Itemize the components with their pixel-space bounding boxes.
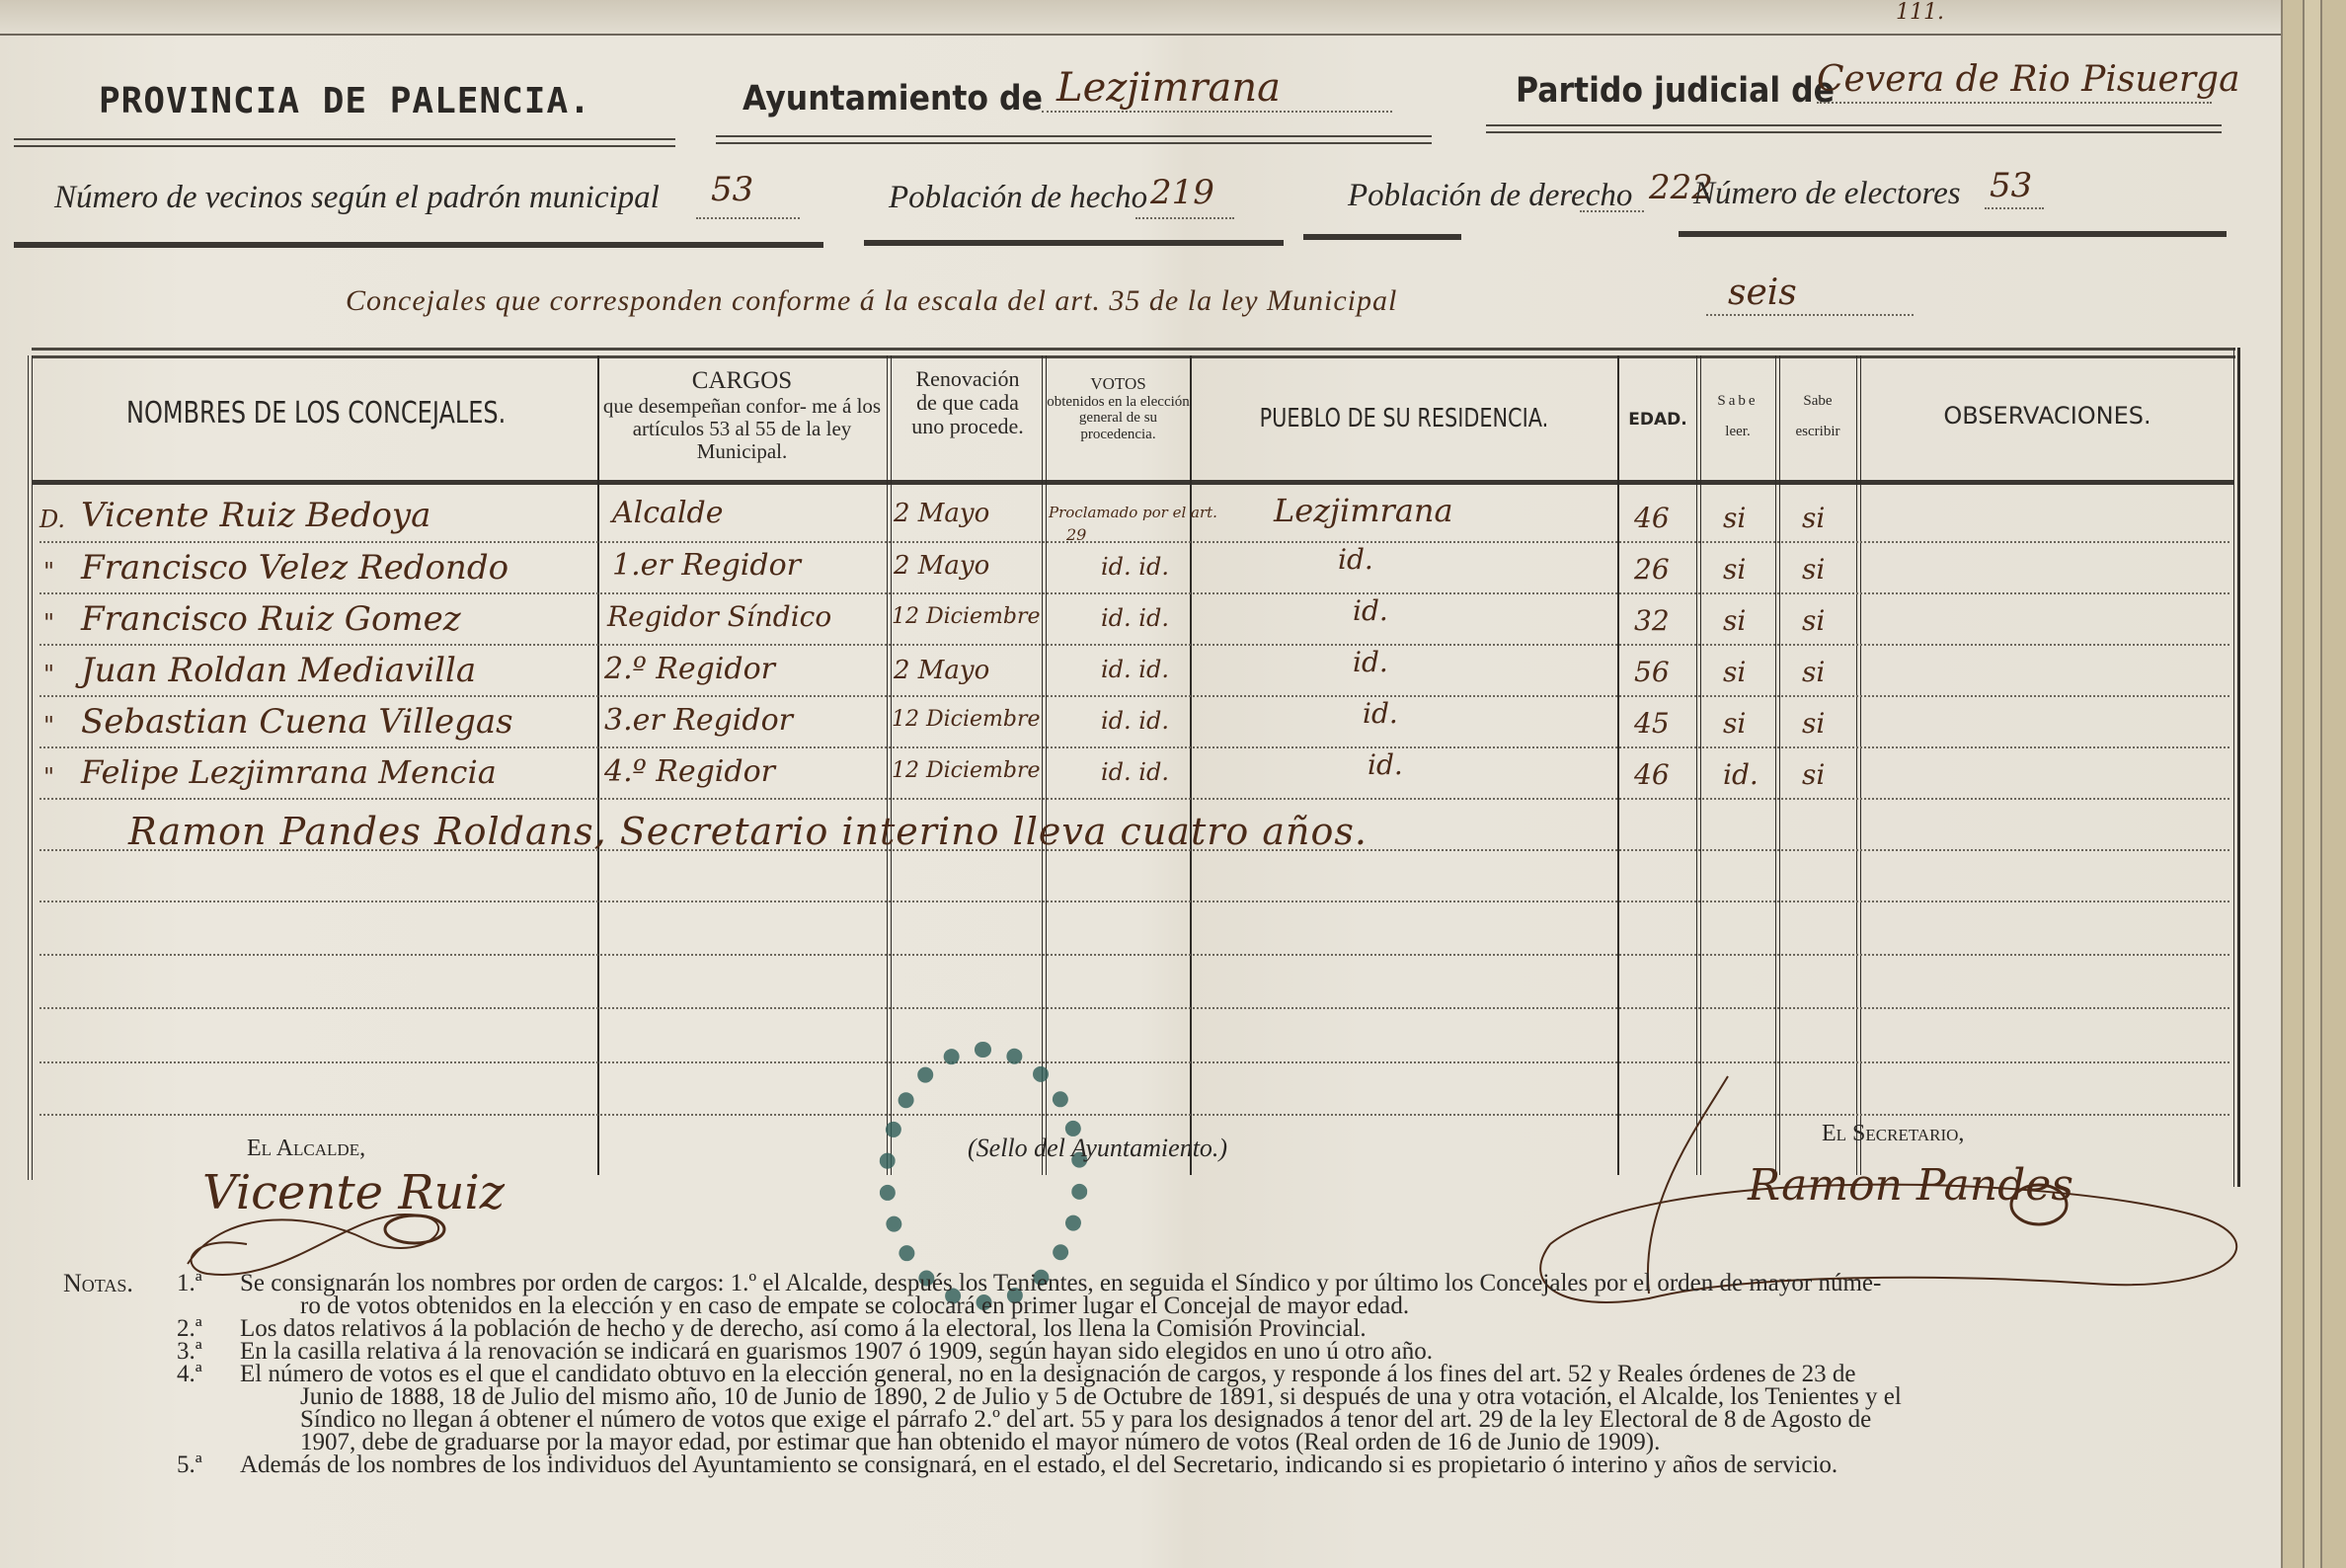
ayuntamiento-label: Ayuntamiento de bbox=[743, 79, 1043, 118]
document-page: 111. PROVINCIA DE PALENCIA. Ayuntamiento… bbox=[0, 0, 2281, 1568]
cell-escribir: si bbox=[1802, 553, 1825, 586]
col-header-sub: escribir bbox=[1779, 424, 1856, 440]
fill-line bbox=[696, 217, 800, 219]
note-item: 5.ªAdemás de los nombres de los individu… bbox=[177, 1453, 1838, 1476]
col-header-cargos: CARGOS que desempeñan confor- me á los a… bbox=[597, 367, 887, 463]
row-prefix: " bbox=[43, 763, 54, 791]
cell-cargo: Regidor Síndico bbox=[607, 600, 831, 633]
secretary-line: Ramon Pandes Roldans, Secretario interin… bbox=[128, 810, 1368, 853]
note-item: 3.ªEn la casilla relativa á la renovació… bbox=[177, 1340, 1433, 1363]
cell-cargo: 1.er Regidor bbox=[612, 548, 801, 583]
note-item: 1.ªSe consignarán los nombres por orden … bbox=[177, 1272, 1881, 1294]
cell-votos: id. id. bbox=[1101, 604, 1169, 632]
row-line bbox=[39, 1061, 2229, 1063]
cell-leer: si bbox=[1723, 707, 1746, 740]
cell-edad: 26 bbox=[1634, 553, 1670, 586]
page-edge bbox=[2303, 0, 2322, 1568]
cell-nombre: Francisco Ruiz Gomez bbox=[81, 599, 461, 639]
cell-edad: 32 bbox=[1634, 604, 1670, 637]
row-prefix: " bbox=[43, 661, 54, 688]
col-header-sub: obtenidos en la elección general de su p… bbox=[1047, 394, 1190, 443]
cell-nombre: Sebastian Cuena Villegas bbox=[81, 702, 513, 742]
col-divider bbox=[1856, 355, 1861, 1175]
provincia-title: PROVINCIA DE PALENCIA. bbox=[99, 81, 591, 121]
page-edge bbox=[2281, 0, 2305, 1568]
poblacion-hecho-label: Población de hecho bbox=[889, 180, 1147, 216]
col-header-label: CARGOS bbox=[597, 367, 887, 395]
cell-votos: id. id. bbox=[1101, 758, 1169, 786]
cell-edad: 56 bbox=[1634, 656, 1670, 688]
cell-escribir: si bbox=[1802, 502, 1825, 534]
cell-escribir: si bbox=[1802, 604, 1825, 637]
cell-leer: si bbox=[1723, 502, 1746, 534]
electores-label: Número de electores bbox=[1693, 176, 1961, 212]
col-header-observaciones: OBSERVACIONES. bbox=[1861, 403, 2233, 429]
row-line bbox=[39, 954, 2229, 956]
electores-value: 53 bbox=[1990, 166, 2032, 205]
row-line bbox=[39, 644, 2229, 646]
poblacion-hecho-value: 219 bbox=[1150, 173, 1214, 212]
col-header-pueblo: PUEBLO DE SU RESIDENCIA. bbox=[1190, 405, 1617, 433]
header-bottom-border bbox=[32, 480, 2233, 485]
note-text: Junio de 1888, 18 de Julio del mismo año… bbox=[300, 1385, 1902, 1408]
concejales-label: Concejales que corresponden conforme á l… bbox=[346, 284, 1397, 318]
note-number: 2.ª bbox=[177, 1317, 240, 1340]
col-header-votos: VOTOS obtenidos en la elección general d… bbox=[1047, 375, 1190, 442]
row-prefix: " bbox=[43, 609, 54, 637]
row-prefix: D. bbox=[39, 506, 65, 533]
cell-votos: 29 bbox=[1066, 525, 1086, 544]
col-header-label: OBSERVACIONES. bbox=[1943, 402, 2150, 430]
cell-edad: 46 bbox=[1634, 502, 1670, 534]
note-text: Además de los nombres de los individuos … bbox=[240, 1451, 1838, 1478]
cell-nombre: Francisco Velez Redondo bbox=[81, 548, 508, 588]
row-line bbox=[39, 541, 2229, 543]
note-number: 1.ª bbox=[177, 1272, 240, 1294]
cell-leer: id. bbox=[1723, 758, 1759, 791]
cell-renovacion: 2 Mayo bbox=[894, 551, 989, 581]
fill-line bbox=[1817, 102, 2212, 104]
poblacion-derecho-label: Población de derecho bbox=[1348, 178, 1632, 214]
page-edge bbox=[2320, 0, 2346, 1568]
cell-nombre: Felipe Lezjimrana Mencia bbox=[81, 753, 497, 791]
col-divider bbox=[597, 355, 599, 1175]
divider bbox=[14, 242, 823, 248]
col-header-sub: de que cada uno procede. bbox=[894, 391, 1042, 438]
table-right-border bbox=[2233, 348, 2240, 1187]
table-top-border bbox=[32, 348, 2235, 358]
col-header-label: VOTOS bbox=[1047, 375, 1190, 394]
note-text: ro de votos obtenidos en la elección y e… bbox=[300, 1294, 1409, 1317]
row-line bbox=[39, 798, 2229, 800]
cell-pueblo: id. bbox=[1353, 646, 1388, 678]
row-prefix: " bbox=[43, 712, 54, 740]
cell-renovacion: 2 Mayo bbox=[894, 656, 989, 685]
cell-votos: Proclamado por el art. bbox=[1049, 504, 1217, 521]
col-divider bbox=[1775, 355, 1780, 1175]
cell-cargo: 3.er Regidor bbox=[604, 703, 793, 738]
col-header-edad: EDAD. bbox=[1619, 411, 1696, 430]
cell-pueblo: Lezjimrana bbox=[1274, 492, 1453, 529]
ayuntamiento-value: Lezjimrana bbox=[1056, 65, 1281, 111]
col-header-sub: que desempeñan confor- me á los artículo… bbox=[597, 395, 887, 463]
row-line bbox=[39, 592, 2229, 594]
cell-pueblo: id. bbox=[1338, 543, 1373, 576]
row-line bbox=[39, 1007, 2229, 1009]
cell-votos: id. id. bbox=[1101, 656, 1169, 683]
cell-edad: 45 bbox=[1634, 707, 1670, 740]
cell-escribir: si bbox=[1802, 707, 1825, 740]
cell-renovacion: 12 Diciembre bbox=[892, 758, 1041, 783]
col-header-label: PUEBLO DE SU RESIDENCIA. bbox=[1259, 405, 1548, 433]
cell-edad: 46 bbox=[1634, 758, 1670, 791]
col-header-label: EDAD. bbox=[1628, 410, 1686, 430]
fill-line bbox=[1042, 111, 1392, 113]
col-header-escribir: Sabe escribir bbox=[1779, 393, 1856, 439]
cell-renovacion: 12 Diciembre bbox=[892, 604, 1041, 629]
col-header-sub: leer. bbox=[1700, 424, 1775, 440]
col-divider bbox=[1696, 355, 1701, 1175]
col-divider bbox=[1042, 355, 1047, 1175]
partido-value: Cevera de Rio Pisuerga bbox=[1817, 59, 2240, 100]
note-item: 2.ªLos datos relativos á la población de… bbox=[177, 1317, 1367, 1340]
cell-pueblo: id. bbox=[1363, 697, 1398, 730]
note-number: 5.ª bbox=[177, 1453, 240, 1476]
row-line bbox=[39, 746, 2229, 748]
divider bbox=[14, 138, 675, 147]
note-number: 3.ª bbox=[177, 1340, 240, 1363]
cell-renovacion: 2 Mayo bbox=[894, 499, 989, 528]
divider bbox=[1486, 124, 2222, 133]
notes-label: Notas. bbox=[63, 1272, 133, 1294]
fill-line bbox=[1985, 207, 2044, 209]
cell-leer: si bbox=[1723, 656, 1746, 688]
col-header-label: NOMBRES DE LOS CONCEJALES. bbox=[126, 397, 506, 430]
row-prefix: " bbox=[43, 558, 54, 586]
partido-label: Partido judicial de bbox=[1516, 71, 1835, 111]
corner-marks: 111. bbox=[1896, 0, 1944, 25]
col-header-renovacion: Renovación de que cada uno procede. bbox=[894, 367, 1042, 439]
col-header-nombres: NOMBRES DE LOS CONCEJALES. bbox=[39, 397, 592, 430]
divider bbox=[716, 135, 1432, 144]
divider bbox=[864, 240, 1284, 246]
col-header-leer: Sabe leer. bbox=[1700, 393, 1775, 439]
cell-votos: id. id. bbox=[1101, 553, 1169, 581]
fill-line bbox=[1135, 217, 1234, 219]
cell-cargo: 2.º Regidor bbox=[604, 652, 775, 686]
divider bbox=[1303, 234, 1461, 240]
sello-label: (Sello del Ayuntamiento.) bbox=[968, 1134, 1227, 1163]
cell-votos: id. id. bbox=[1101, 707, 1169, 735]
cell-nombre: Vicente Ruiz Bedoya bbox=[81, 496, 430, 535]
col-header-label: Renovación bbox=[894, 367, 1042, 391]
note-text: 1907, debe de graduarse por la mayor eda… bbox=[300, 1431, 1660, 1453]
cell-nombre: Juan Roldan Mediavilla bbox=[81, 651, 476, 690]
cell-leer: si bbox=[1723, 553, 1746, 586]
col-header-label: Sabe bbox=[1779, 393, 1856, 410]
vecinos-value: 53 bbox=[711, 170, 753, 209]
divider bbox=[1679, 231, 2227, 237]
col-header-label: Sabe bbox=[1700, 393, 1775, 410]
col-divider bbox=[1190, 355, 1192, 1175]
fill-line bbox=[1706, 314, 1914, 316]
row-line bbox=[39, 901, 2229, 902]
vecinos-label: Número de vecinos según el padrón munici… bbox=[54, 180, 660, 216]
concejales-value: seis bbox=[1728, 273, 1797, 313]
cell-leer: si bbox=[1723, 604, 1746, 637]
cell-renovacion: 12 Diciembre bbox=[892, 707, 1041, 732]
cell-escribir: si bbox=[1802, 758, 1825, 791]
fill-line bbox=[1580, 210, 1644, 212]
note-text: Síndico no llegan á obtener el número de… bbox=[300, 1408, 1871, 1431]
note-item: 4.ªEl número de votos es el que el candi… bbox=[177, 1363, 1856, 1385]
cell-pueblo: id. bbox=[1368, 748, 1403, 781]
cell-cargo: Alcalde bbox=[612, 496, 724, 530]
note-number: 4.ª bbox=[177, 1363, 240, 1385]
alcalde-label: El Alcalde, bbox=[247, 1136, 365, 1162]
cell-escribir: si bbox=[1802, 656, 1825, 688]
cell-cargo: 4.º Regidor bbox=[604, 754, 775, 789]
row-line bbox=[39, 695, 2229, 697]
col-divider bbox=[1617, 355, 1619, 1175]
cell-pueblo: id. bbox=[1353, 594, 1388, 627]
